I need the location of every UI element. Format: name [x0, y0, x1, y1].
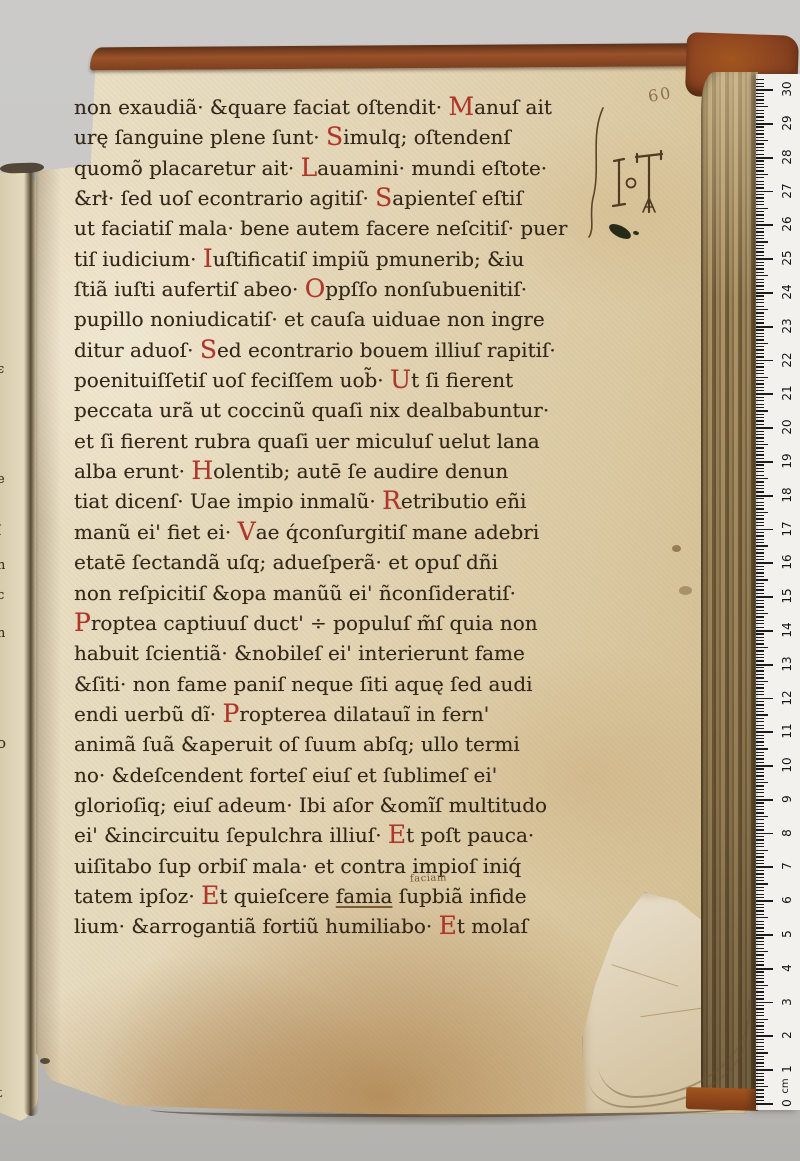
manuscript-line: &rł· ſed uoſ econtrario agitiſ· Sapiente… [74, 183, 614, 213]
ruler-tick [756, 633, 764, 634]
manuscript-line: lium· &arrogantiã fortiũ humiliabo· Et m… [74, 911, 614, 941]
ruler-tick [756, 1049, 764, 1050]
ruler-tick [756, 552, 764, 553]
ruler-tick [756, 1046, 764, 1047]
interlinear-gloss: faciam [410, 872, 447, 884]
back-cover-edge [686, 1087, 761, 1111]
ruler-tick [756, 775, 764, 776]
manuscript-line: urę ſanguine plene ſunt· Simulq; oſtende… [74, 122, 614, 152]
ruler-tick [756, 414, 764, 415]
ruler-tick [756, 461, 773, 463]
ruler-tick [756, 309, 768, 310]
ruler-tick [756, 542, 764, 543]
ruler-tick [756, 515, 764, 516]
ruler-number: 3 [777, 991, 797, 1013]
ruler-tick [756, 83, 764, 84]
ruler-tick [756, 887, 764, 888]
ruler-tick [756, 133, 764, 134]
ruler-tick [756, 782, 768, 783]
ruler-tick [756, 1005, 764, 1006]
ruler-tick [756, 964, 764, 965]
manuscript-line: quomõ placaretur ait· Lauamini· mundi eſ… [74, 153, 614, 183]
ruler-tick [756, 748, 768, 749]
rubric-initial: P [223, 699, 240, 728]
ruler-tick [756, 535, 764, 536]
manuscript-line: &ſiti· non fame paniſ neque ſiti aquę ſe… [74, 669, 614, 699]
ruler-tick [756, 444, 768, 445]
manuscript-line: et ſi fierent rubra quaſi uer miculuſ ue… [74, 426, 614, 456]
ruler-tick [756, 802, 764, 803]
ruler-tick [756, 907, 764, 908]
ruler-tick [756, 333, 764, 334]
ruler-tick [756, 346, 764, 347]
rubric-initial: R [382, 486, 401, 515]
ruler-tick [756, 657, 764, 658]
ruler-tick [756, 728, 764, 729]
ruler-tick [756, 718, 764, 719]
ruler-tick [756, 265, 764, 266]
ruler-tick [756, 1025, 764, 1026]
ruler-tick [756, 505, 764, 506]
ruler-tick [756, 177, 764, 178]
ruler-tick [756, 890, 764, 891]
ruler-tick [756, 282, 764, 283]
ruler-tick [756, 1089, 764, 1090]
ruler-tick [756, 292, 773, 294]
ruler-tick [756, 647, 768, 648]
ruler-tick [756, 525, 764, 526]
ruler-number: 19 [777, 450, 797, 472]
ruler-tick [756, 306, 764, 307]
ruler-tick [756, 698, 773, 700]
ruler-tick [756, 873, 764, 874]
facing-page-letter-fragment: o [0, 734, 6, 752]
ruler-tick [756, 110, 764, 111]
ruler-tick [756, 704, 764, 705]
ruler-tick [756, 1019, 768, 1020]
ruler-tick [756, 883, 768, 884]
ruler-tick [756, 701, 764, 702]
ruler-tick [756, 721, 764, 722]
ruler-tick [756, 985, 768, 986]
ruler-tick [756, 894, 764, 895]
ruler-tick [756, 349, 764, 350]
ruler-tick [756, 1015, 764, 1016]
ruler-tick [756, 796, 764, 797]
manuscript-text-block: non exaudiã· &quare faciat oſtendit· Man… [74, 92, 614, 942]
ruler-number: 20 [777, 416, 797, 438]
ruler-tick [756, 1012, 764, 1013]
fore-edge-page-stack [701, 72, 758, 1108]
ruler-tick [756, 677, 764, 678]
ruler-tick [756, 954, 764, 955]
ruler-tick [756, 224, 773, 226]
ruler-tick [756, 961, 764, 962]
ruler-tick [756, 853, 764, 854]
ruler-tick [756, 164, 764, 165]
ruler-tick [756, 478, 768, 479]
manuscript-line: peccata urã ut coccinũ quaſi nix dealbab… [74, 395, 614, 425]
ruler-tick [756, 211, 764, 212]
ruler-tick [756, 725, 764, 726]
ruler-tick [756, 447, 764, 448]
ruler-tick [756, 397, 764, 398]
ruler-tick [756, 944, 764, 945]
ruler-number: 9 [777, 788, 797, 810]
ruler-tick [756, 714, 768, 715]
ruler-tick [756, 295, 764, 296]
ruler-tick [756, 569, 764, 570]
ruler-tick [756, 1083, 764, 1084]
ruler-number: 5 [777, 923, 797, 945]
ruler-tick [756, 312, 764, 313]
ruler-tick [756, 1039, 764, 1040]
ruler-tick [756, 755, 764, 756]
ruler-tick [756, 400, 764, 401]
ruler-tick [756, 454, 764, 455]
ruler-tick [756, 427, 773, 429]
ruler-tick [756, 593, 764, 594]
ruler-tick [756, 495, 773, 497]
ruler-tick [756, 420, 764, 421]
ruler-tick [756, 377, 768, 378]
facing-page-letter-fragment: n [0, 626, 5, 641]
manuscript-line: tiat dicenſ· Uae impio inmalũ· Retributi… [74, 486, 614, 516]
ruler-tick [756, 410, 768, 411]
ruler-tick [756, 988, 764, 989]
ruler-tick [756, 194, 764, 195]
ruler-tick [756, 143, 764, 144]
ruler-tick [756, 691, 764, 692]
manuscript-line: glorioſiq; eiuſ adeum· Ibi aſor &omĩſ mu… [74, 790, 614, 820]
ruler-number: 10 [777, 754, 797, 776]
ruler-tick [756, 1029, 764, 1030]
ruler-tick [756, 255, 764, 256]
ruler-tick [756, 731, 773, 733]
ruler-tick [756, 518, 764, 519]
ruler-tick [756, 471, 764, 472]
ruler-tick [756, 880, 764, 881]
ruler-number: 13 [777, 653, 797, 675]
ruler-tick [756, 235, 764, 236]
ruler-tick [756, 971, 764, 972]
ruler-tick [756, 745, 764, 746]
rubric-initial: L [301, 153, 318, 182]
ruler-number: 28 [777, 146, 797, 168]
ruler-tick [756, 150, 764, 151]
ruler-tick [756, 181, 764, 182]
ruler-tick [756, 498, 764, 499]
ruler-tick [756, 1052, 768, 1053]
ruler-tick [756, 322, 764, 323]
ruler-tick [756, 799, 773, 801]
ruler-tick [756, 475, 764, 476]
ruler-tick [756, 251, 764, 252]
expunged-word: famia [336, 884, 393, 908]
ruler-tick [756, 96, 764, 97]
ruler-tick [756, 245, 764, 246]
stain-speck [679, 586, 692, 595]
ruler-tick [756, 299, 764, 300]
rubric-initial: U [390, 365, 411, 394]
ruler-tick [756, 812, 764, 813]
ruler-tick [756, 603, 764, 604]
ruler-tick [756, 539, 764, 540]
ruler-tick [756, 823, 764, 824]
ruler-number: 8 [777, 822, 797, 844]
ruler-tick [756, 258, 773, 260]
ruler-tick [756, 197, 764, 198]
ruler-tick [756, 407, 764, 408]
manuscript-line: ſtiã iuſti aufertiſ abeo· Oppſſo nonſubu… [74, 274, 614, 304]
nota-monogram-icon [606, 146, 666, 220]
ruler-tick [756, 393, 773, 395]
rubric-initial: P [74, 608, 91, 637]
stain-speck [40, 1058, 50, 1064]
ruler-tick [756, 508, 764, 509]
ruler-tick [756, 380, 764, 381]
rubric-initial: E [388, 820, 406, 849]
ruler-tick [756, 856, 764, 857]
ruler-tick [756, 566, 764, 567]
ruler-tick [756, 809, 764, 810]
ruler-tick [756, 640, 764, 641]
ruler-tick [756, 826, 764, 827]
ruler-tick [756, 630, 773, 632]
ruler-tick [756, 556, 764, 557]
ruler-tick [756, 667, 764, 668]
ruler-number: 29 [777, 112, 797, 134]
ruler-tick [756, 218, 764, 219]
ruler-tick [756, 390, 764, 391]
ruler-tick [756, 488, 764, 489]
ruler-tick [756, 623, 764, 624]
ruler-tick [756, 316, 764, 317]
ruler-tick [756, 123, 773, 125]
ruler-tick [756, 1002, 773, 1004]
ruler-tick [756, 610, 764, 611]
ruler-tick [756, 275, 768, 276]
ruler-tick [756, 268, 764, 269]
ruler-tick [756, 816, 768, 817]
ruler-tick [756, 951, 768, 952]
ruler-tick [756, 772, 764, 773]
ruler-tick [756, 975, 764, 976]
ruler-tick [756, 279, 764, 280]
cm-ruler: cm 0123456789101112131415161718192021222… [756, 74, 800, 1110]
rubric-initial: E [439, 911, 457, 940]
ruler-tick [756, 752, 764, 753]
ruler-tick [756, 326, 773, 328]
ruler-tick [756, 140, 768, 141]
ruler-tick [756, 522, 764, 523]
ruler-tick [756, 768, 764, 769]
ruler-tick [756, 86, 764, 87]
ruler-tick [756, 1069, 773, 1071]
ruler-tick [756, 1073, 764, 1074]
facing-page-letter-fragment: n [0, 558, 5, 573]
ruler-tick [756, 687, 764, 688]
ruler-number: 24 [777, 281, 797, 303]
ruler-tick [756, 600, 764, 601]
ruler-tick [756, 927, 764, 928]
ruler-number: 12 [777, 687, 797, 709]
ruler-number: 2 [777, 1024, 797, 1046]
ruler-tick [756, 208, 768, 209]
manuscript-line: ditur aduoſ· Sed econtrario bouem illiuſ… [74, 335, 614, 365]
ruler-tick [756, 241, 768, 242]
ruler-tick [756, 451, 764, 452]
ruler-tick [756, 991, 764, 992]
rubric-initial: V [238, 517, 256, 546]
ruler-tick [756, 160, 764, 161]
ruler-tick [756, 464, 764, 465]
ruler-tick [756, 1032, 764, 1033]
ruler-tick [756, 836, 764, 837]
ruler-tick [756, 130, 764, 131]
ruler-tick [756, 650, 764, 651]
ruler-tick [756, 228, 764, 229]
ruler-tick [756, 572, 764, 573]
ruler-tick [756, 343, 768, 344]
ruler-tick [756, 545, 768, 546]
ruler-tick [756, 468, 764, 469]
ruler-tick [756, 711, 764, 712]
manuscript-line: no· &deſcendent forteſ eiuſ et ſublimeſ … [74, 760, 614, 790]
manuscript-line: non exaudiã· &quare faciat oſtendit· Man… [74, 92, 614, 122]
ruler-tick [756, 120, 764, 121]
ruler-tick [756, 589, 764, 590]
ruler-tick [756, 113, 764, 114]
ruler-number: 7 [777, 855, 797, 877]
ruler-tick [756, 1056, 764, 1057]
manuscript-line: pupillo noniudicatiſ· et cauſa uiduae no… [74, 304, 614, 334]
ruler-tick [756, 167, 764, 168]
ruler-tick [756, 910, 764, 911]
rubric-initial: S [200, 335, 217, 364]
rubric-initial: E [201, 881, 219, 910]
ruler-tick [756, 779, 764, 780]
ruler-tick [756, 1096, 764, 1097]
rubric-initial: S [375, 183, 392, 212]
ruler-tick [756, 613, 768, 614]
ruler-tick [756, 319, 764, 320]
ruler-tick [756, 549, 764, 550]
gutter-fold-shadow [24, 172, 39, 1116]
ruler-tick [756, 562, 773, 564]
ruler-tick [756, 336, 764, 337]
ruler-tick [756, 863, 764, 864]
rubric-initial: H [191, 456, 213, 485]
ruler-tick [756, 870, 764, 871]
ruler-tick [756, 694, 764, 695]
ruler-number: 11 [777, 720, 797, 742]
rubric-initial: I [203, 244, 213, 273]
ruler-tick [756, 850, 768, 851]
ruler-tick [756, 758, 764, 759]
ruler-tick [756, 116, 764, 117]
ruler-tick [756, 137, 764, 138]
ruler-tick [756, 958, 764, 959]
ruler-tick [756, 1076, 764, 1077]
manuscript-line: etatē ſectandã uſq; adueſperã· et opuſ d… [74, 547, 614, 577]
facing-page-letter-fragment: є [0, 362, 4, 377]
ruler-number: 16 [777, 551, 797, 573]
manuscript-line: habuit ſcientiã· &nobileſ ei' interierun… [74, 638, 614, 668]
ruler-number: 25 [777, 247, 797, 269]
ruler-tick [756, 481, 764, 482]
manuscript-line: non reſpicitiſ &opa manũũ ei' ñconſidera… [74, 578, 614, 608]
facing-page-letter-fragment: c [0, 588, 4, 603]
ruler-tick [756, 289, 764, 290]
ruler-tick [756, 1059, 764, 1060]
ruler-tick [756, 204, 764, 205]
ruler-tick [756, 302, 764, 303]
ruler-tick [756, 839, 764, 840]
ruler-tick [756, 1042, 764, 1043]
ruler-tick [756, 272, 764, 273]
manuscript-line: alba erunt· Holentib; autē ſe audire den… [74, 456, 614, 486]
ruler-tick [756, 606, 764, 607]
ruler-tick [756, 512, 768, 513]
ruler-tick [756, 353, 764, 354]
ruler-tick [756, 559, 764, 560]
ruler-tick [756, 637, 764, 638]
ruler-tick [756, 586, 764, 587]
ruler-tick [756, 643, 764, 644]
ruler-tick [756, 684, 764, 685]
ruler-tick [756, 921, 764, 922]
ruler-tick [756, 532, 764, 533]
ruler-tick [756, 654, 764, 655]
ruler-tick [756, 941, 764, 942]
ruler-tick [756, 529, 773, 531]
manuscript-line: ut faciatiſ mala· bene autem facere neſc… [74, 213, 614, 243]
ruler-tick [756, 383, 764, 384]
ruler-number: 26 [777, 213, 797, 235]
ruler-number: 30 [777, 78, 797, 100]
ruler-tick [756, 187, 764, 188]
ruler-tick [756, 1093, 764, 1094]
manuscript-line: ei' &incircuitu ſepulchra illiuſ· Et poſ… [74, 820, 614, 850]
ruler-tick [756, 785, 764, 786]
ruler-tick [756, 579, 768, 580]
ruler-tick [756, 829, 764, 830]
manuscript-line: tatem ipſoz· Et quieſcere famia ſupbiã i… [74, 881, 614, 911]
ruler-tick [756, 329, 764, 330]
ruler-tick [756, 485, 764, 486]
ruler-tick [756, 978, 764, 979]
ruler-tick [756, 238, 764, 239]
ruler-tick [756, 262, 764, 263]
ruler-tick [756, 792, 764, 793]
ruler-tick [756, 620, 764, 621]
ruler-tick [756, 674, 764, 675]
ruler-tick [756, 1008, 764, 1009]
ruler-tick [756, 339, 764, 340]
ruler-tick [756, 860, 764, 861]
ruler-tick [756, 846, 764, 847]
ruler-tick [756, 1100, 764, 1101]
ruler-tick [756, 995, 764, 996]
ruler-tick [756, 424, 764, 425]
ruler-tick [756, 502, 764, 503]
ruler-tick [756, 900, 773, 902]
ruler-tick [756, 806, 764, 807]
ruler-tick [756, 981, 764, 982]
ruler-tick [756, 441, 764, 442]
ruler-tick [756, 616, 764, 617]
